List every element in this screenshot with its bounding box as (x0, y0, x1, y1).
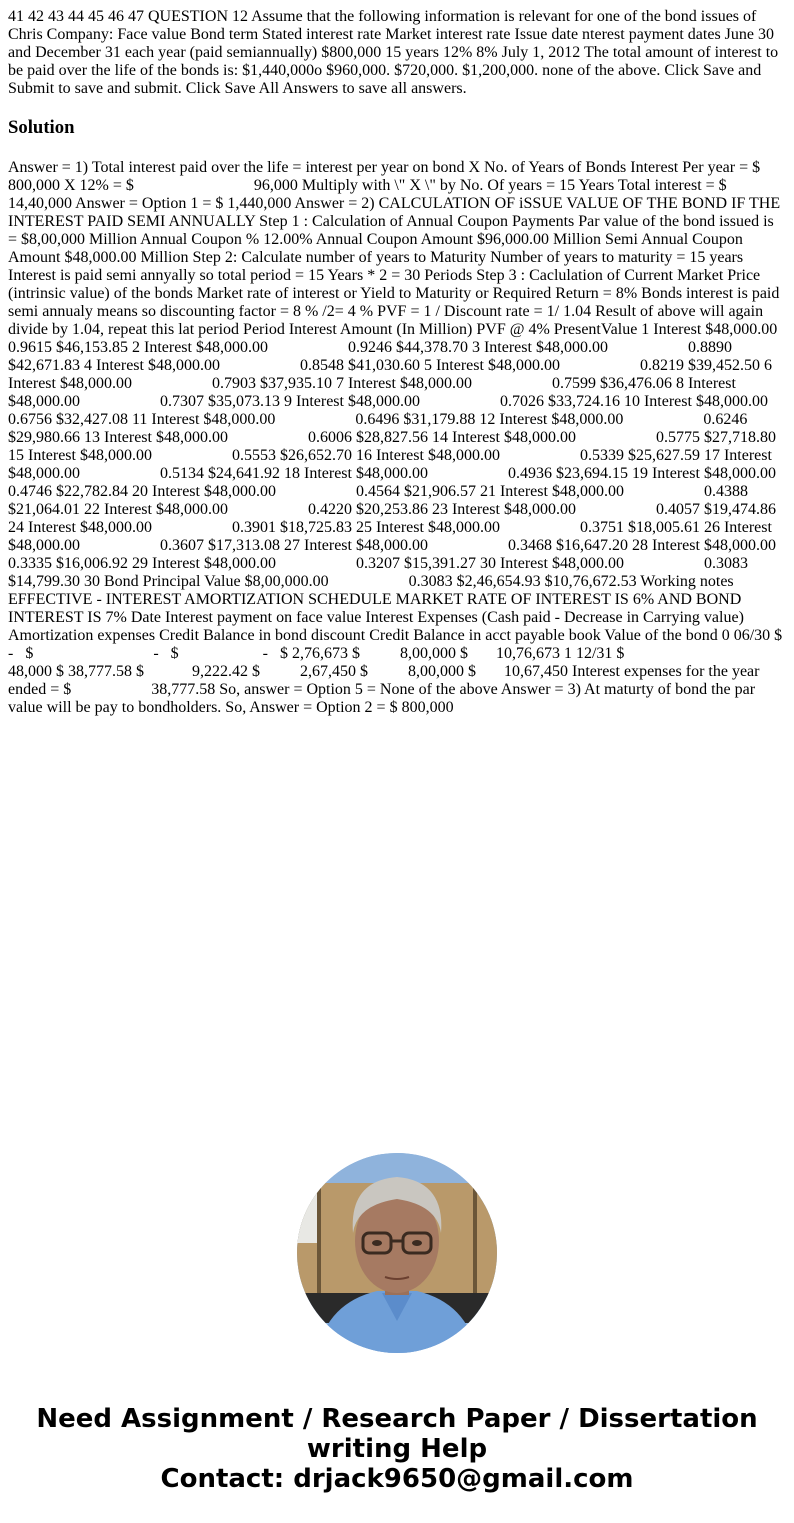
promo-line-2: writing Help (0, 1434, 794, 1464)
promo-contact: Contact: drjack9650@gmail.com (0, 1464, 794, 1494)
promo-line-1: Need Assignment / Research Paper / Disse… (0, 1404, 794, 1434)
person-portrait-icon (297, 1153, 497, 1353)
solution-body: Answer = 1) Total interest paid over the… (8, 159, 786, 717)
author-avatar (297, 1153, 497, 1353)
solution-heading: Solution (8, 117, 786, 139)
page-content: 41 42 43 44 45 46 47 QUESTION 12 Assume … (0, 0, 794, 717)
promo-banner: Need Assignment / Research Paper / Disse… (0, 1404, 794, 1494)
question-text: 41 42 43 44 45 46 47 QUESTION 12 Assume … (8, 8, 786, 98)
